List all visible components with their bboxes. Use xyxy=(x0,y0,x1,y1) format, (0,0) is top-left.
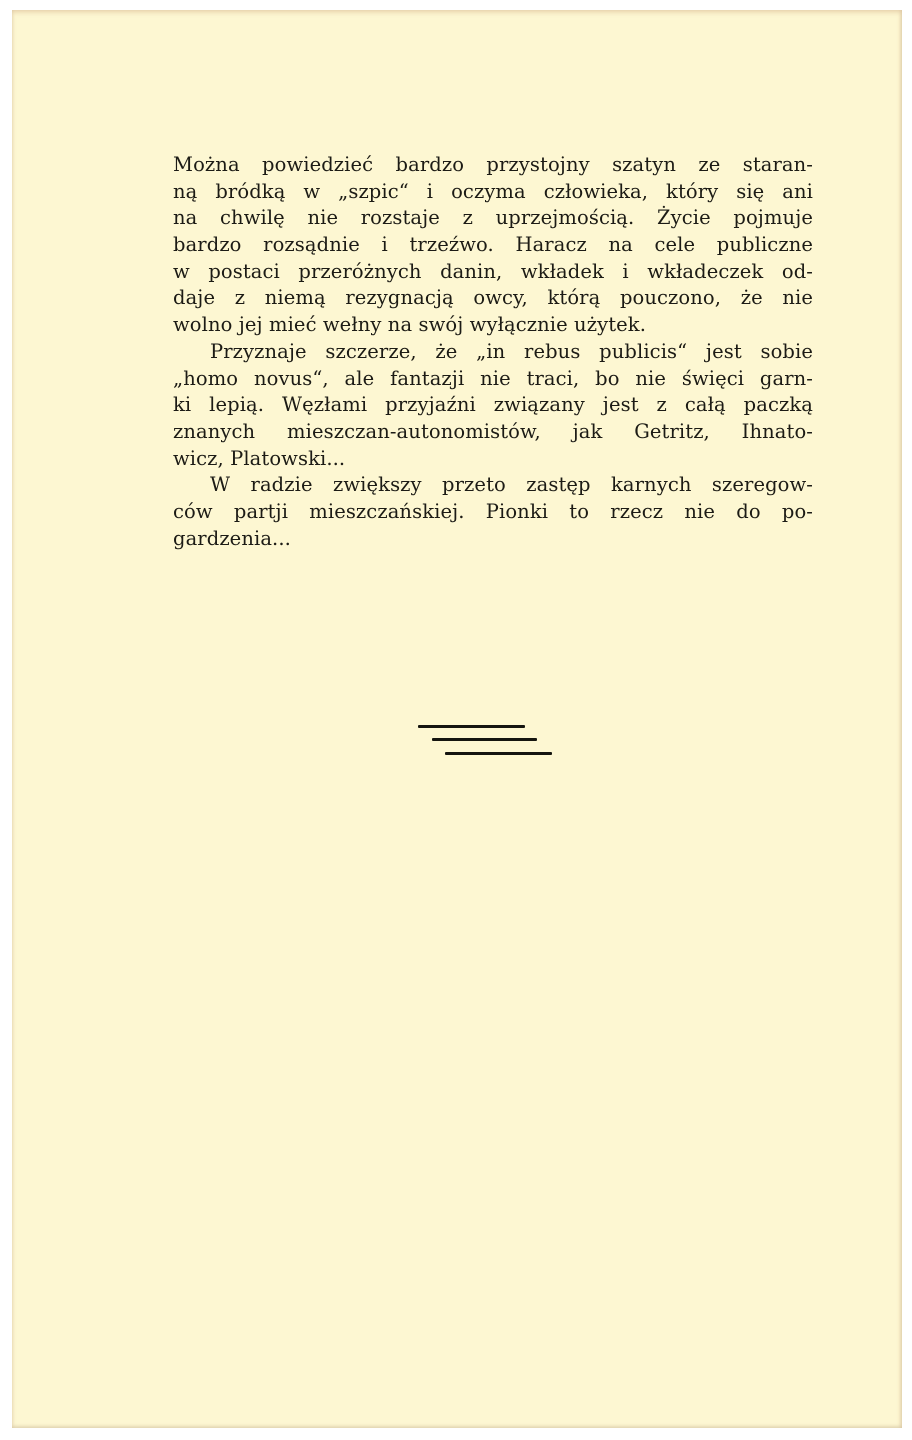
ornament-rule-middle xyxy=(432,738,537,741)
text-line: znanych mieszczan-autonomistów, jak Getr… xyxy=(173,419,813,446)
paragraph-3: W radzie zwiększy przeto zastęp karnych … xyxy=(173,472,813,552)
text-line: w postaci przeróżnych danin, wkładek i w… xyxy=(173,259,813,286)
text-line: wolno jej mieć wełny na swój wyłącznie u… xyxy=(173,312,813,339)
paragraph-2: Przyznaje szczerze, że „in rebus publici… xyxy=(173,339,813,472)
text-line: gardzenia... xyxy=(173,526,813,553)
paragraph-1: Można powiedzieć bardzo przystojny szaty… xyxy=(173,152,813,339)
text-line: Można powiedzieć bardzo przystojny szaty… xyxy=(173,152,813,179)
ornament-rule-bottom xyxy=(445,752,552,755)
text-line: ną bródką w „szpic“ i oczyma człowieka, … xyxy=(173,179,813,206)
text-line: bardzo rozsądnie i trzeźwo. Haracz na ce… xyxy=(173,232,813,259)
text-line: ców partji mieszczańskiej. Pionki to rze… xyxy=(173,499,813,526)
text-line: Przyznaje szczerze, że „in rebus publici… xyxy=(173,339,813,366)
text-line: na chwilę nie rozstaje z uprzejmością. Ż… xyxy=(173,205,813,232)
text-line: „homo novus“, ale fantazji nie traci, bo… xyxy=(173,366,813,393)
text-line: ki lepią. Węzłami przyjaźni związany jes… xyxy=(173,392,813,419)
body-text: Można powiedzieć bardzo przystojny szaty… xyxy=(173,152,813,552)
text-line: wicz, Platowski... xyxy=(173,446,813,473)
document-page: Można powiedzieć bardzo przystojny szaty… xyxy=(12,10,902,1428)
ornament-rule-top xyxy=(418,725,525,728)
text-line: W radzie zwiększy przeto zastęp karnych … xyxy=(173,472,813,499)
text-line: daje z niemą rezygnacją owcy, którą pouc… xyxy=(173,285,813,312)
